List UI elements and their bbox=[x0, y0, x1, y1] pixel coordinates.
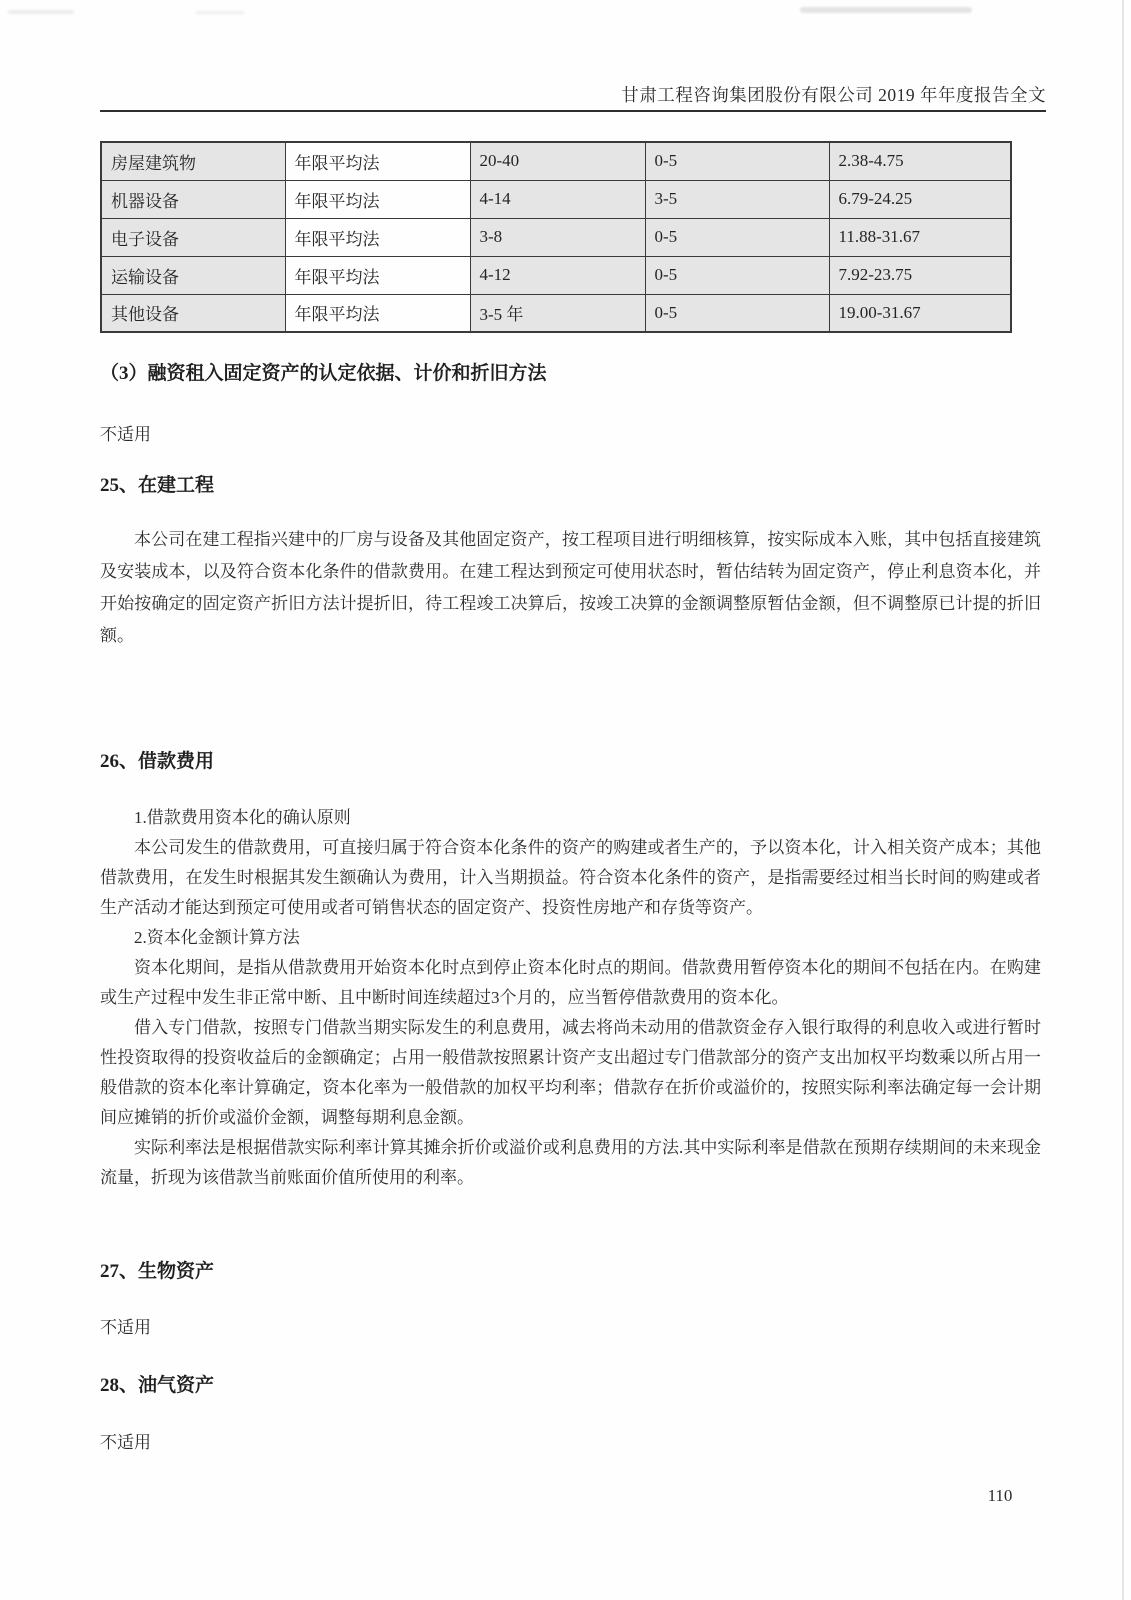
section-26-body: 1.借款费用资本化的确认原则 本公司发生的借款费用，可直接归属于符合资本化条件的… bbox=[100, 803, 1041, 1193]
cell-annual-rate: 2.38-4.75 bbox=[829, 142, 1011, 180]
cell-depreciation-method: 年限平均法 bbox=[285, 180, 470, 218]
cell-annual-rate: 6.79-24.25 bbox=[829, 180, 1011, 218]
cell-useful-life: 3-8 bbox=[470, 218, 645, 256]
cell-depreciation-method: 年限平均法 bbox=[285, 294, 470, 332]
section-26-paragraph-3: 借入专门借款，按照专门借款当期实际发生的利息费用，减去将尚未动用的借款资金存入银… bbox=[100, 1013, 1041, 1133]
cell-annual-rate: 7.92-23.75 bbox=[829, 256, 1011, 294]
report-page: 甘肃工程咨询集团股份有限公司 2019 年年度报告全文 房屋建筑物 年限平均法 … bbox=[0, 0, 1131, 1600]
cell-residual-rate: 0-5 bbox=[645, 294, 829, 332]
section-26-paragraph-1: 本公司发生的借款费用，可直接归属于符合资本化条件的资产的购建或者生产的，予以资本… bbox=[100, 833, 1041, 923]
cell-residual-rate: 0-5 bbox=[645, 142, 829, 180]
cell-residual-rate: 0-5 bbox=[645, 218, 829, 256]
section-26-item-2-title: 2.资本化金额计算方法 bbox=[100, 923, 1041, 953]
page-number: 110 bbox=[940, 1486, 1060, 1506]
cell-useful-life: 20-40 bbox=[470, 142, 645, 180]
section-26-heading: 26、借款费用 bbox=[100, 746, 214, 773]
scan-smudge bbox=[8, 10, 74, 14]
cell-useful-life: 4-14 bbox=[470, 180, 645, 218]
section-25-heading: 25、在建工程 bbox=[100, 470, 214, 497]
cell-asset-category: 运输设备 bbox=[101, 256, 285, 294]
section-3-heading: （3）融资租入固定资产的认定依据、计价和折旧方法 bbox=[100, 358, 547, 385]
section-26-item-1-title: 1.借款费用资本化的确认原则 bbox=[100, 803, 1041, 833]
section-28-heading: 28、油气资产 bbox=[100, 1370, 214, 1397]
cell-depreciation-method: 年限平均法 bbox=[285, 218, 470, 256]
cell-residual-rate: 3-5 bbox=[645, 180, 829, 218]
table-row: 其他设备 年限平均法 3-5 年 0-5 19.00-31.67 bbox=[101, 294, 1011, 332]
cell-useful-life: 4-12 bbox=[470, 256, 645, 294]
scan-smudge bbox=[800, 7, 972, 13]
cell-asset-category: 电子设备 bbox=[101, 218, 285, 256]
table-row: 机器设备 年限平均法 4-14 3-5 6.79-24.25 bbox=[101, 180, 1011, 218]
section-25-paragraph: 本公司在建工程指兴建中的厂房与设备及其他固定资产，按工程项目进行明细核算，按实际… bbox=[100, 524, 1041, 652]
section-27-heading: 27、生物资产 bbox=[100, 1256, 214, 1283]
cell-annual-rate: 11.88-31.67 bbox=[829, 218, 1011, 256]
section-26-paragraph-2: 资本化期间，是指从借款费用开始资本化时点到停止资本化时点的期间。借款费用暂停资本… bbox=[100, 953, 1041, 1013]
cell-depreciation-method: 年限平均法 bbox=[285, 256, 470, 294]
cell-depreciation-method: 年限平均法 bbox=[285, 142, 470, 180]
table-row: 运输设备 年限平均法 4-12 0-5 7.92-23.75 bbox=[101, 256, 1011, 294]
cell-residual-rate: 0-5 bbox=[645, 256, 829, 294]
section-28-not-applicable: 不适用 bbox=[100, 1428, 151, 1453]
scan-smudge bbox=[196, 11, 244, 14]
cell-annual-rate: 19.00-31.67 bbox=[829, 294, 1011, 332]
cell-asset-category: 房屋建筑物 bbox=[101, 142, 285, 180]
section-3-not-applicable: 不适用 bbox=[100, 420, 151, 445]
cell-asset-category: 其他设备 bbox=[101, 294, 285, 332]
table-row: 电子设备 年限平均法 3-8 0-5 11.88-31.67 bbox=[101, 218, 1011, 256]
table-row: 房屋建筑物 年限平均法 20-40 0-5 2.38-4.75 bbox=[101, 142, 1011, 180]
section-27-not-applicable: 不适用 bbox=[100, 1313, 151, 1338]
page-edge-line bbox=[1122, 0, 1124, 1600]
report-running-title: 甘肃工程咨询集团股份有限公司 2019 年年度报告全文 bbox=[100, 82, 1046, 107]
section-26-paragraph-4: 实际利率法是根据借款实际利率计算其摊余折价或溢价或利息费用的方法.其中实际利率是… bbox=[100, 1133, 1041, 1193]
depreciation-table: 房屋建筑物 年限平均法 20-40 0-5 2.38-4.75 机器设备 年限平… bbox=[100, 141, 1012, 333]
cell-asset-category: 机器设备 bbox=[101, 180, 285, 218]
header-rule bbox=[100, 110, 1046, 112]
cell-useful-life: 3-5 年 bbox=[470, 294, 645, 332]
